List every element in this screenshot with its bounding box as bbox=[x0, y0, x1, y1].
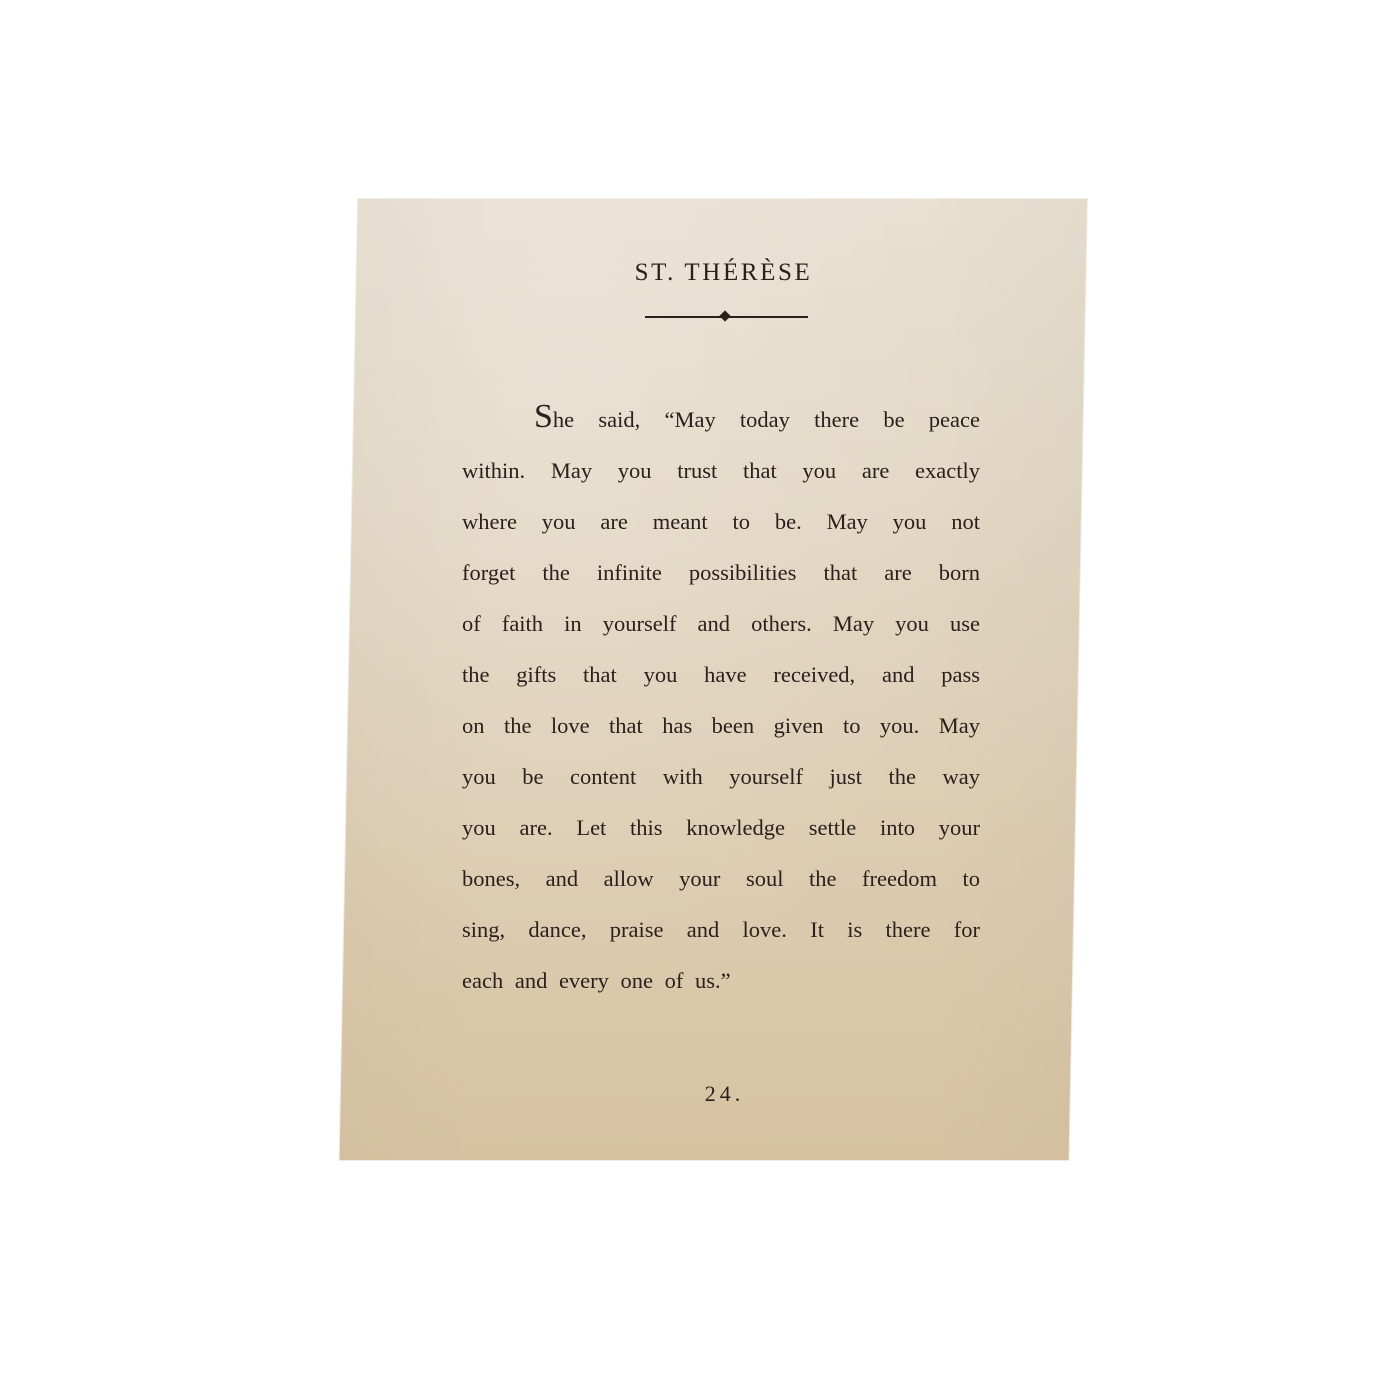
quote-line-text: he said, “May today there be peace bbox=[553, 407, 980, 432]
quote-line: sing, dance, praise and love. It is ther… bbox=[462, 904, 980, 955]
quote-line: within. May you trust that you are exact… bbox=[462, 445, 980, 496]
quote-line: you are. Let this knowledge settle into … bbox=[462, 802, 980, 853]
page-number: 24. bbox=[358, 1081, 1087, 1107]
quote-line: you be content with yourself just the wa… bbox=[462, 751, 980, 802]
book-page-print: ST. THÉRÈSE She said, “May today there b… bbox=[340, 199, 1087, 1160]
quote-line: bones, and allow your soul the freedom t… bbox=[462, 853, 980, 904]
page-title: ST. THÉRÈSE bbox=[358, 258, 1087, 288]
quote-line: where you are meant to be. May you not bbox=[462, 496, 980, 547]
quote-line: the gifts that you have received, and pa… bbox=[462, 649, 980, 700]
quote-line: of faith in yourself and others. May you… bbox=[462, 598, 980, 649]
quote-line: each and every one of us.” bbox=[462, 955, 980, 1006]
quote-body: She said, “May today there be peace with… bbox=[462, 394, 980, 1006]
canvas: ST. THÉRÈSE She said, “May today there b… bbox=[0, 0, 1400, 1400]
diamond-icon bbox=[719, 310, 730, 321]
quote-line: on the love that has been given to you. … bbox=[462, 700, 980, 751]
quote-line: forget the infinite possibilities that a… bbox=[462, 547, 980, 598]
page-content: ST. THÉRÈSE She said, “May today there b… bbox=[358, 199, 1087, 1160]
drop-cap: S bbox=[534, 398, 553, 435]
divider-ornament-icon bbox=[645, 311, 808, 323]
quote-line: She said, “May today there be peace bbox=[462, 394, 980, 445]
